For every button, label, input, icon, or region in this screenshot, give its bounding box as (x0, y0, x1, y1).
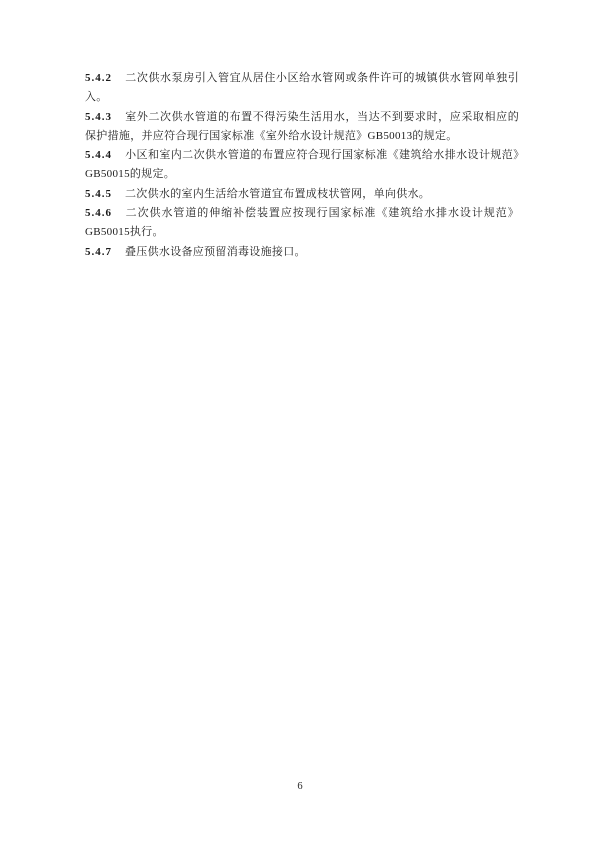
clause-5-4-5: 5.4.5二次供水的室内生活给水管道宜布置成枝状管网，单向供水。 (85, 185, 519, 204)
clause-number: 5.4.6 (85, 207, 112, 219)
clause-text: 二次供水泵房引入管宜从居住小区给水管网或条件许可的城镇供水管网单独引入。 (85, 72, 519, 103)
clause-text: 二次供水管道的伸缩补偿装置应按现行国家标准《建筑给水排水设计规范》GB50015… (85, 207, 519, 238)
clause-5-4-4: 5.4.4小区和室内二次供水管道的布置应符合现行国家标准《建筑给水排水设计规范》… (85, 146, 519, 185)
clause-number: 5.4.4 (85, 149, 112, 161)
clause-number: 5.4.3 (85, 111, 112, 123)
clause-text: 小区和室内二次供水管道的布置应符合现行国家标准《建筑给水排水设计规范》GB500… (85, 149, 519, 180)
clause-number: 5.4.7 (85, 246, 112, 258)
clause-number: 5.4.2 (85, 72, 112, 84)
page-footer: 6 (0, 781, 600, 792)
clause-5-4-7: 5.4.7叠压供水设备应预留消毒设施接口。 (85, 243, 519, 262)
clause-5-4-2: 5.4.2二次供水泵房引入管宜从居住小区给水管网或条件许可的城镇供水管网单独引入… (85, 69, 519, 108)
document-body: 5.4.2二次供水泵房引入管宜从居住小区给水管网或条件许可的城镇供水管网单独引入… (85, 69, 519, 262)
clause-5-4-3: 5.4.3室外二次供水管道的布置不得污染生活用水，当达不到要求时，应采取相应的保… (85, 108, 519, 147)
document-page: 5.4.2二次供水泵房引入管宜从居住小区给水管网或条件许可的城镇供水管网单独引入… (0, 0, 600, 848)
page-number: 6 (297, 781, 302, 792)
clause-text: 室外二次供水管道的布置不得污染生活用水，当达不到要求时，应采取相应的保护措施，并… (85, 111, 519, 142)
clause-text: 叠压供水设备应预留消毒设施接口。 (125, 246, 306, 258)
clause-5-4-6: 5.4.6二次供水管道的伸缩补偿装置应按现行国家标准《建筑给水排水设计规范》GB… (85, 204, 519, 243)
clause-number: 5.4.5 (85, 188, 112, 200)
clause-text: 二次供水的室内生活给水管道宜布置成枝状管网，单向供水。 (125, 188, 430, 200)
